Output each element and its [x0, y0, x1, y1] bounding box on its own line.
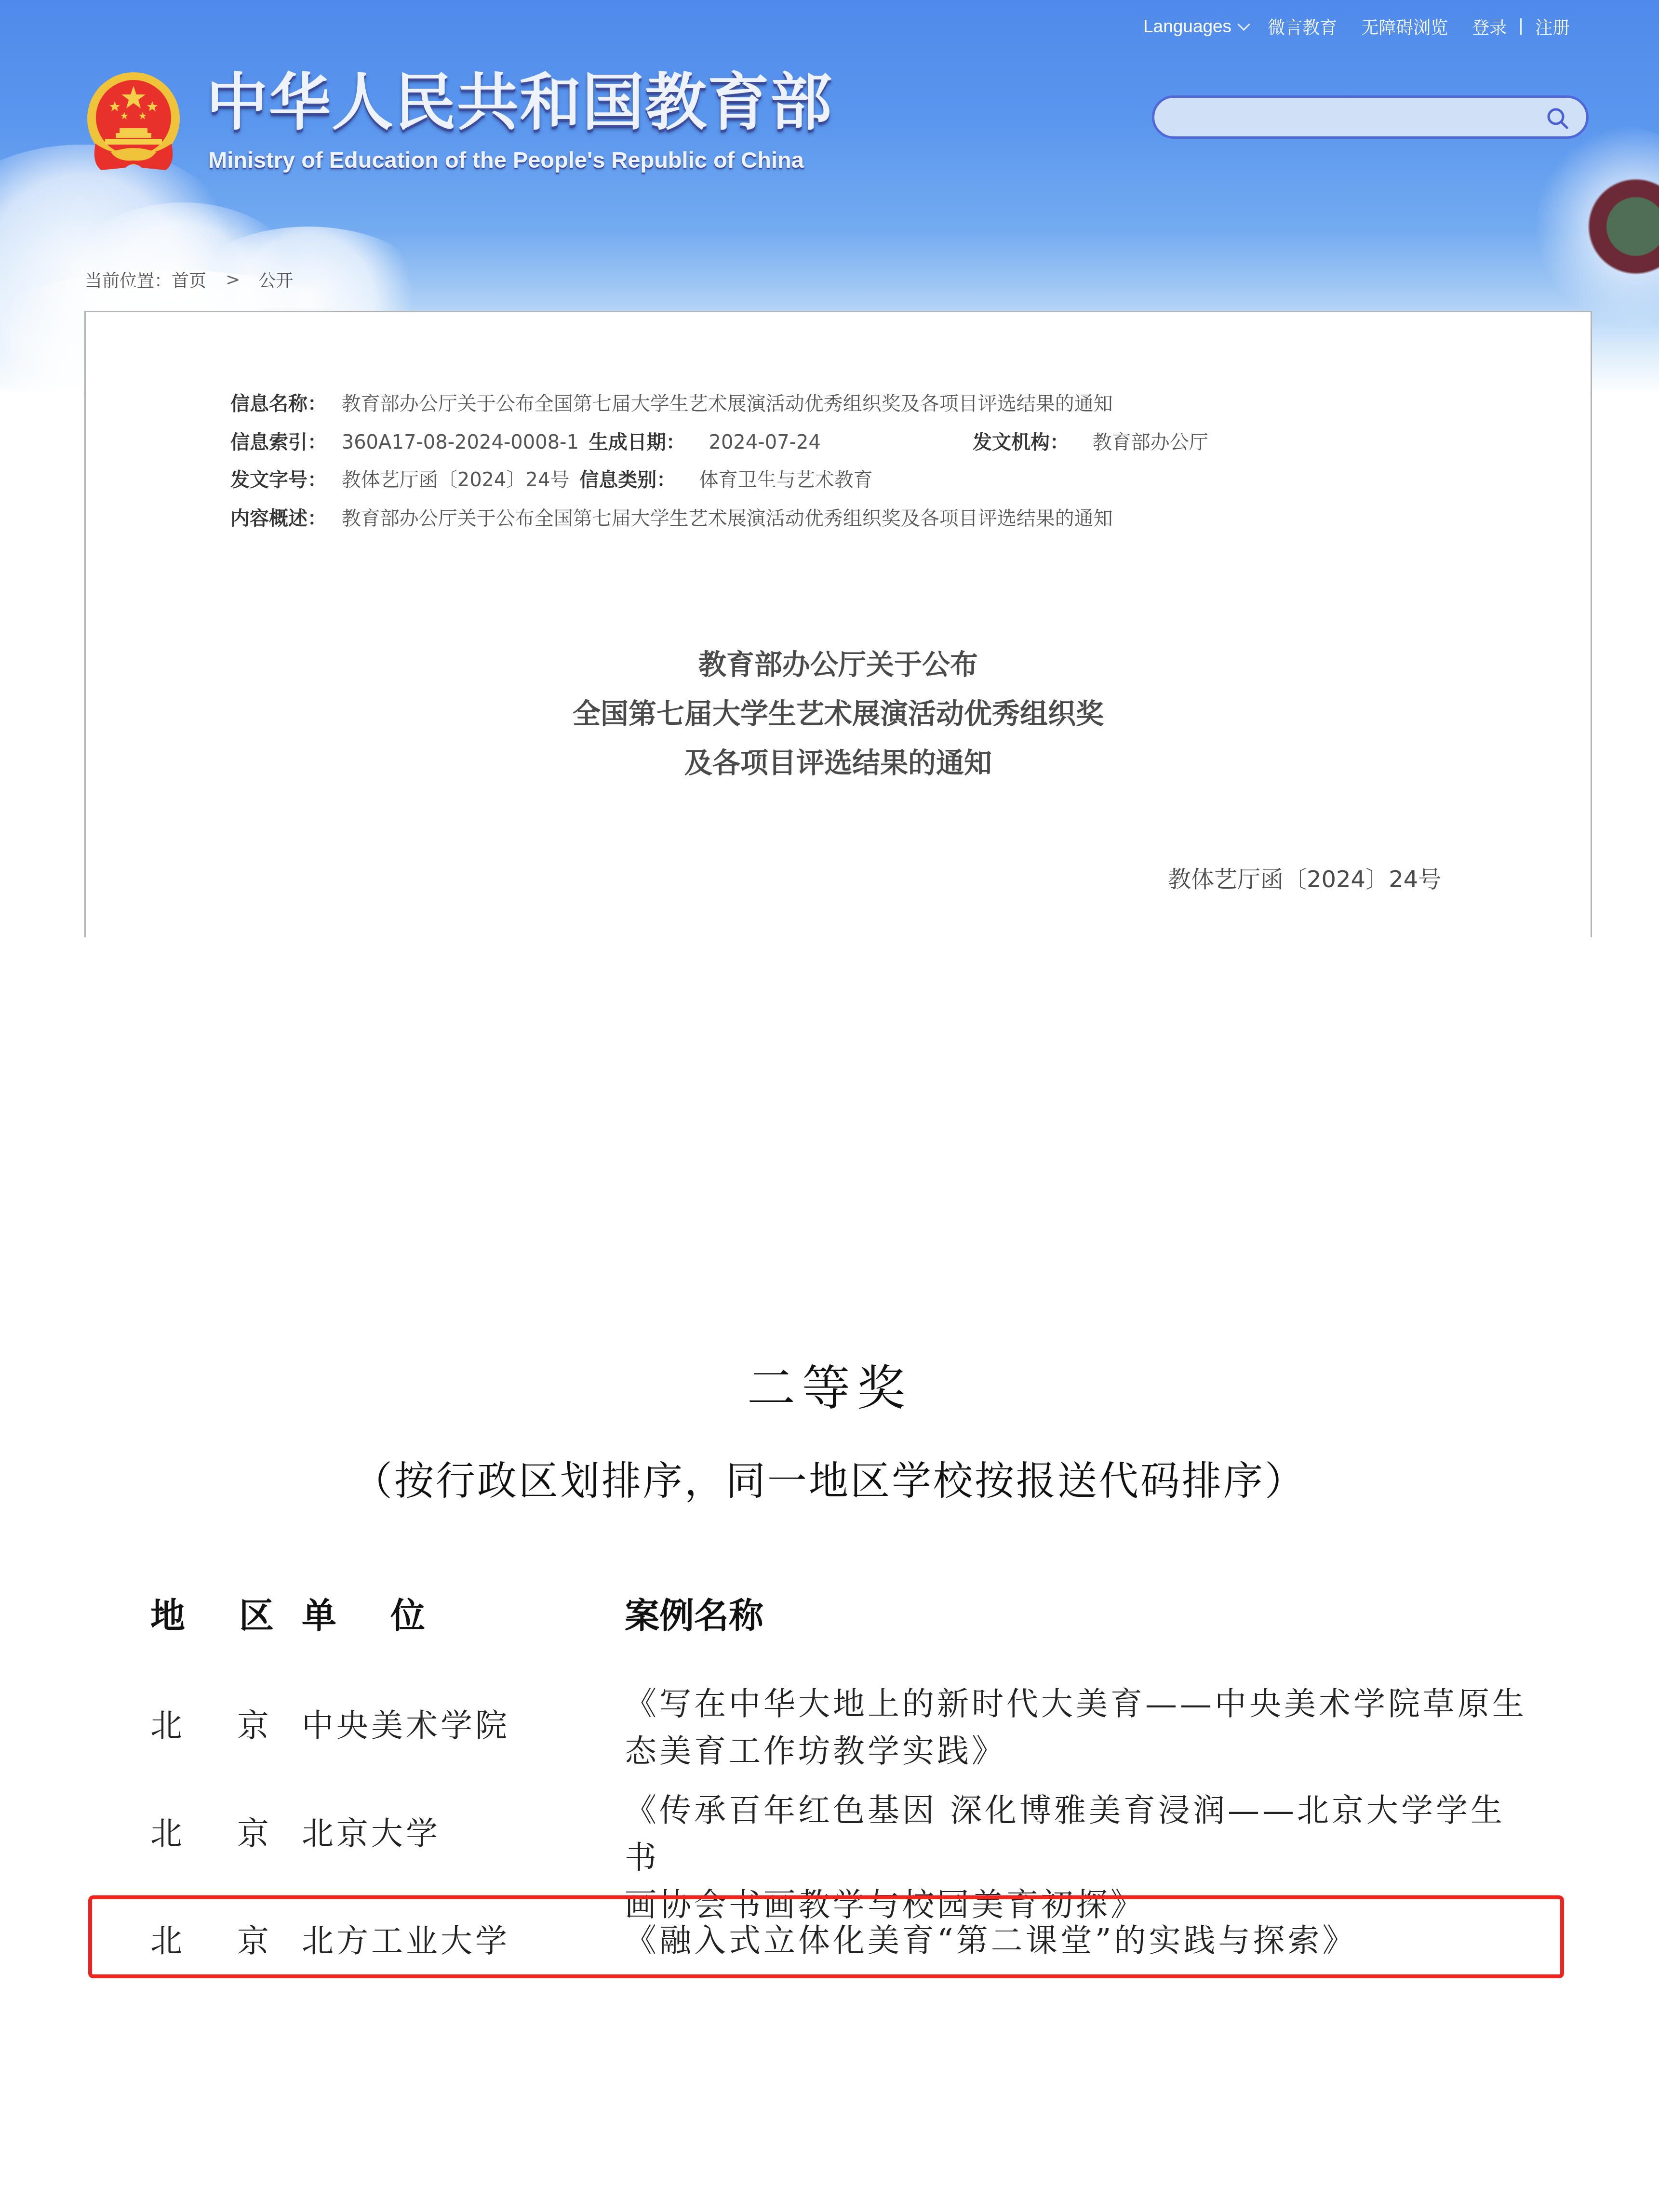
weiyan-link[interactable]: 微言教育 — [1268, 14, 1337, 39]
meta-name-value: 教育部办公厅关于公布全国第七届大学生艺术展演活动优秀组织奖及各项目评选结果的通知 — [342, 393, 1113, 415]
meta-row-index: 信息索引： 360A17-08-2024-0008-1 生成日期： 2024-0… — [230, 433, 821, 452]
meta-summary-label: 内容概述： — [230, 507, 327, 530]
header-region: 地 区 — [150, 1598, 283, 1633]
login-link[interactable]: 登录 — [1472, 14, 1507, 39]
meta-row-docno: 发文字号： 教体艺厅函〔2024〕24号 信息类别： 体育卫生与艺术教育 — [230, 470, 873, 490]
meta-docno-label: 发文字号： — [230, 469, 327, 491]
meta-category-label: 信息类别： — [579, 469, 676, 491]
document-title-line: 全国第七届大学生艺术展演活动优秀组织奖 — [86, 689, 1591, 738]
award-subtitle: （按行政区划排序，同一地区学校按报送代码排序） — [0, 1450, 1659, 1506]
meta-docno-value: 教体艺厅函〔2024〕24号 — [342, 469, 570, 491]
meta-row-summary: 内容概述： 教育部办公厅关于公布全国第七届大学生艺术展演活动优秀组织奖及各项目评… — [230, 509, 1113, 528]
meta-issuer-value: 教育部办公厅 — [1093, 431, 1208, 453]
info-panel: 信息名称： 教育部办公厅关于公布全国第七届大学生艺术展演活动优秀组织奖及各项目评… — [84, 311, 1592, 937]
search-input[interactable] — [1174, 103, 1542, 133]
header-case: 案例名称 — [625, 1598, 763, 1633]
meta-index-value: 360A17-08-2024-0008-1 — [342, 431, 579, 453]
row-case-line: 《融入式立体化美育“第二课堂”的实践与探索》 — [625, 1917, 1531, 1964]
search-icon[interactable] — [1546, 107, 1570, 131]
breadcrumb-prefix: 当前位置： — [85, 267, 172, 292]
meta-issuer-label: 发文机构： — [973, 431, 1069, 453]
row-region: 北 京 — [150, 1818, 281, 1850]
document-title-line: 教育部办公厅关于公布 — [86, 640, 1591, 689]
chevron-down-icon — [1237, 18, 1250, 31]
row-case-line: 《传承百年红色基因 深化博雅美育浸润——北京大学学生书 — [625, 1787, 1531, 1881]
row-case: 《写在中华大地上的新时代大美育——中央美术学院草原生 态美育工作坊教学实践》 — [625, 1680, 1531, 1775]
top-nav: Languages 微言教育 无障碍浏览 登录 注册 — [1143, 14, 1570, 39]
meta-summary-value: 教育部办公厅关于公布全国第七届大学生艺术展演活动优秀组织奖及各项目评选结果的通知 — [342, 507, 1113, 530]
nav-divider — [1520, 18, 1522, 35]
document-title-line: 及各项目评选结果的通知 — [86, 738, 1591, 787]
row-region: 北 京 — [150, 1925, 281, 1957]
row-unit: 北京大学 — [302, 1818, 441, 1850]
row-region: 北 京 — [150, 1710, 281, 1742]
site-title: 中华人民共和国教育部 — [206, 72, 833, 134]
breadcrumb-home[interactable]: 首页 — [172, 267, 206, 292]
meta-category-value: 体育卫生与艺术教育 — [699, 469, 873, 491]
meta-row-issuer: 发文机构： 教育部办公厅 — [973, 433, 1208, 452]
award-title: 二等奖 — [0, 1349, 1659, 1419]
row-case-line: 《写在中华大地上的新时代大美育——中央美术学院草原生 — [625, 1680, 1531, 1728]
document-title: 教育部办公厅关于公布 全国第七届大学生艺术展演活动优秀组织奖 及各项目评选结果的… — [86, 640, 1591, 787]
row-case-line: 态美育工作坊教学实践》 — [625, 1728, 1531, 1775]
national-emblem-icon — [82, 71, 186, 175]
site-subtitle: Ministry of Education of the People's Re… — [208, 148, 804, 171]
accessibility-link[interactable]: 无障碍浏览 — [1361, 14, 1448, 39]
document-number: 教体艺厅函〔2024〕24号 — [1168, 861, 1441, 894]
meta-date-value: 2024-07-24 — [709, 431, 820, 453]
row-unit: 北方工业大学 — [302, 1925, 510, 1957]
breadcrumb-public[interactable]: 公开 — [258, 267, 293, 292]
breadcrumb-separator: > — [226, 270, 240, 290]
meta-date-label: 生成日期： — [589, 431, 685, 453]
search-box — [1152, 95, 1589, 139]
meta-index-label: 信息索引： — [230, 431, 327, 453]
row-case: 《融入式立体化美育“第二课堂”的实践与探索》 — [625, 1917, 1531, 1964]
dandelion-decoration — [1514, 125, 1659, 328]
register-link[interactable]: 注册 — [1535, 14, 1570, 39]
header-unit: 单 位 — [302, 1598, 435, 1633]
meta-row-name: 信息名称： 教育部办公厅关于公布全国第七届大学生艺术展演活动优秀组织奖及各项目评… — [230, 394, 1113, 413]
meta-name-label: 信息名称： — [230, 393, 327, 415]
languages-label: Languages — [1143, 16, 1231, 37]
languages-menu[interactable]: Languages — [1143, 16, 1248, 37]
breadcrumb: 当前位置： 首页 > 公开 — [85, 267, 293, 292]
row-unit: 中央美术学院 — [302, 1710, 510, 1742]
